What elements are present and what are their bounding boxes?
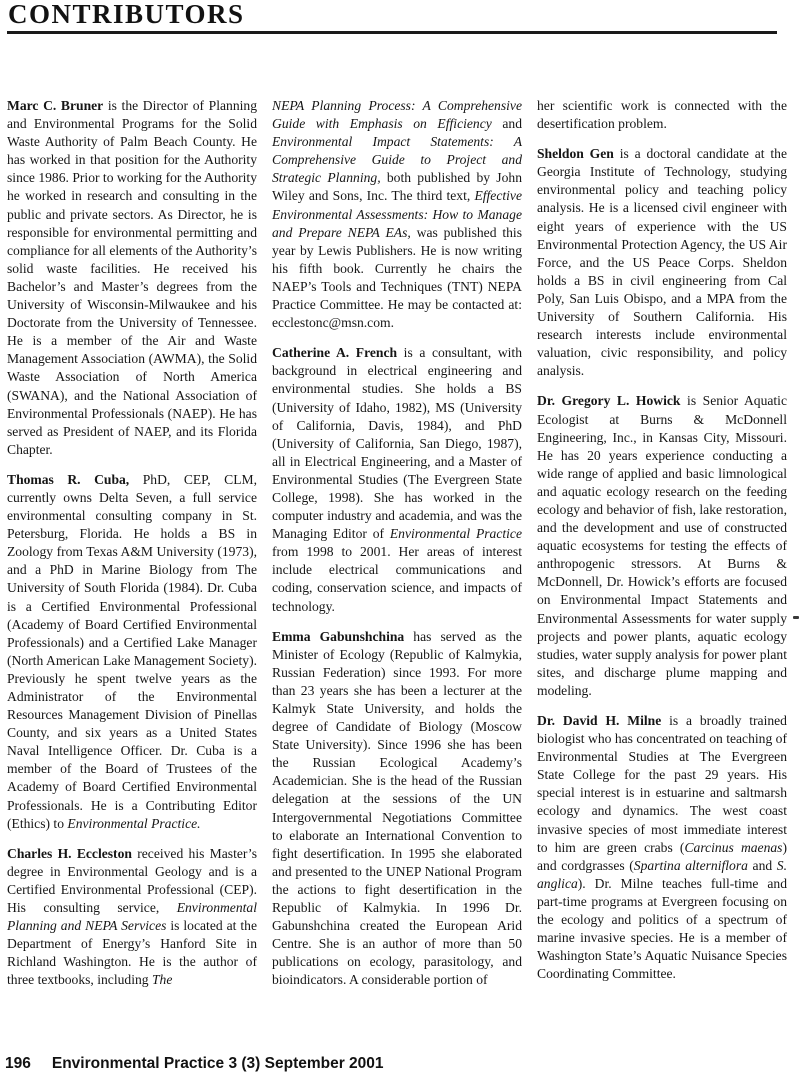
column-2: NEPA Planning Process: A Comprehensive G… — [272, 97, 522, 1002]
bio-text: is Senior Aquatic Ecologist at Burns & M… — [537, 393, 787, 698]
bio-paragraph: Charles H. Eccleston received his Master… — [7, 845, 257, 990]
contributor-name: Charles H. Eccleston — [7, 846, 132, 861]
bio-text: has served as the Minister of Ecology (R… — [272, 629, 522, 988]
bio-text: is the Director of Planning and Environm… — [7, 98, 257, 457]
bio-paragraph: Catherine A. French is a consultant, wit… — [272, 344, 522, 615]
contributor-name: Sheldon Gen — [537, 146, 614, 161]
bio-paragraph: Sheldon Gen is a doctoral candidate at t… — [537, 145, 787, 380]
columns-container: Marc C. Bruner is the Director of Planni… — [7, 97, 788, 1002]
contributor-name: Catherine A. French — [272, 345, 397, 360]
page-footer: 196Environmental Practice 3 (3) Septembe… — [5, 1055, 384, 1073]
bio-text: is a consultant, with background in elec… — [272, 345, 522, 541]
italic-text: The — [152, 972, 172, 987]
bio-text: is a broadly trained biologist who has c… — [537, 713, 787, 855]
page-title: CONTRIBUTORS — [8, 1, 245, 28]
italic-text: NEPA Planning Process: A Comprehensive G… — [272, 98, 522, 131]
bio-text: and — [492, 116, 522, 131]
bio-text: is a doctoral candidate at the Georgia I… — [537, 146, 787, 378]
bio-paragraph: Marc C. Bruner is the Director of Planni… — [7, 97, 257, 459]
italic-text: Spartina alterniflora — [634, 858, 748, 873]
bio-paragraph: NEPA Planning Process: A Comprehensive G… — [272, 97, 522, 332]
header-rule — [7, 31, 777, 34]
bio-text: and — [748, 858, 777, 873]
bio-paragraph: her scientific work is connected with th… — [537, 97, 787, 133]
bio-text: from 1998 to 2001. Her areas of interest… — [272, 544, 522, 613]
contributor-name: Dr. David H. Milne — [537, 713, 661, 728]
bio-text: was published this year by Lewis Publish… — [272, 225, 522, 330]
bio-text: her scientific work is connected with th… — [537, 98, 787, 131]
scan-artifact-mark — [793, 616, 799, 619]
italic-text: Environmental Practice. — [67, 816, 200, 831]
contributor-name: Emma Gabunshchina — [272, 629, 404, 644]
journal-citation: Environmental Practice 3 (3) September 2… — [52, 1055, 384, 1072]
contributor-name: Dr. Gregory L. Howick — [537, 393, 681, 408]
italic-text: Carcinus maenas — [684, 840, 782, 855]
bio-paragraph: Dr. Gregory L. Howick is Senior Aquatic … — [537, 392, 787, 700]
bio-text: ). Dr. Milne teaches full-time and part-… — [537, 876, 787, 981]
contributor-name: Marc C. Bruner — [7, 98, 103, 113]
contributors-page: CONTRIBUTORS Marc C. Bruner is the Direc… — [0, 0, 800, 1089]
bio-paragraph: Thomas R. Cuba, PhD, CEP, CLM, currently… — [7, 471, 257, 833]
bio-paragraph: Emma Gabunshchina has served as the Mini… — [272, 628, 522, 990]
column-3: her scientific work is connected with th… — [537, 97, 787, 1002]
column-1: Marc C. Bruner is the Director of Planni… — [7, 97, 257, 1002]
bio-paragraph: Dr. David H. Milne is a broadly trained … — [537, 712, 787, 983]
page-number: 196 — [5, 1055, 31, 1072]
italic-text: Environmental Practice — [390, 526, 522, 541]
bio-text: PhD, CEP, CLM, currently owns Delta Seve… — [7, 472, 257, 831]
contributor-name: Thomas R. Cuba, — [7, 472, 129, 487]
